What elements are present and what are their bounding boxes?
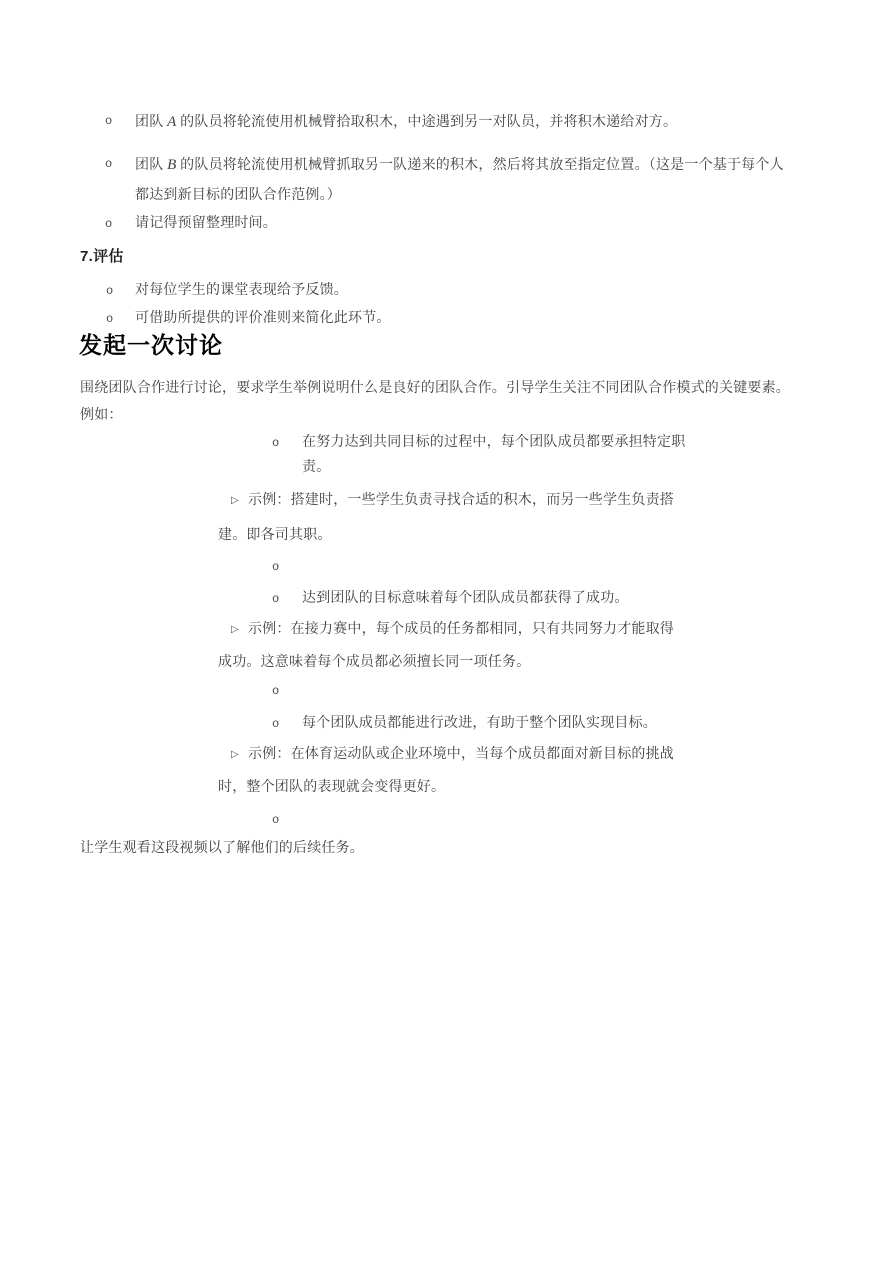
discussion-point-improve: 每个团队成员都能进行改进，有助于整个团队实现目标。 <box>302 715 657 734</box>
discussion-point-success: 达到团队的目标意味着每个团队成员都获得了成功。 <box>302 590 629 609</box>
section-heading-discussion: 发起一次讨论 <box>79 327 223 360</box>
discussion-point-roles-wrap: 责。 <box>302 459 330 478</box>
triangle-bullet-icon: ▷ <box>231 495 239 507</box>
document-page: o 团队 A 的队员将轮流使用机械臂拾取积木，中途遇到另一对队员，并将积木递给对… <box>0 0 892 1263</box>
triangle-bullet-icon: ▷ <box>231 749 239 761</box>
bullet-marker: o <box>272 592 279 606</box>
step-bullet-team-a: 团队 A 的队员将轮流使用机械臂拾取积木，中途遇到另一对队员，并将积木递给对方。 <box>135 112 677 133</box>
discussion-point-roles: 在努力达到共同目标的过程中，每个团队成员都要承担特定职 <box>302 434 685 453</box>
bullet-marker: o <box>106 284 113 298</box>
section-heading-evaluate: 7.评估 <box>80 245 124 266</box>
bullet-text: 团队 <box>135 158 167 173</box>
discussion-intro-line2: 例如： <box>80 407 123 426</box>
bullet-text: 的队员将轮流使用机械臂拾取积木，中途遇到另一对队员，并将积木递给对方。 <box>176 115 677 130</box>
bullet-marker-empty: o <box>272 560 279 574</box>
bullet-text: 团队 <box>135 115 167 130</box>
discussion-example-sports: 示例：在体育运动队或企业环境中，当每个成员都面对新目标的挑战 <box>248 746 674 765</box>
bullet-marker: o <box>105 157 112 171</box>
discussion-example-build: 示例：搭建时，一些学生负责寻找合适的积木，而另一些学生负责搭 <box>248 492 674 511</box>
triangle-bullet-icon: ▷ <box>231 624 239 636</box>
bullet-marker: o <box>106 312 113 326</box>
discussion-intro-line1: 围绕团队合作进行讨论，要求学生举例说明什么是良好的团队合作。引导学生关注不同团队… <box>80 380 790 399</box>
bullet-marker-empty: o <box>272 813 279 827</box>
discussion-example-relay-wrap: 成功。这意味着每个成员都必须擅长同一项任务。 <box>218 654 530 673</box>
eval-bullet-feedback: 对每位学生的课堂表现给予反馈。 <box>135 282 348 301</box>
bullet-marker: o <box>272 717 279 731</box>
closing-video-line: 让学生观看这段视频以了解他们的后续任务。 <box>80 840 364 859</box>
bullet-text: 的队员将轮流使用机械臂抓取另一队递来的积木，然后将其放至指定位置。（这是一个基于… <box>176 158 783 173</box>
discussion-example-relay: 示例：在接力赛中，每个成员的任务都相同，只有共同努力才能取得 <box>248 621 674 640</box>
step-bullet-cleanup: 请记得预留整理时间。 <box>135 215 277 234</box>
discussion-example-build-wrap: 建。即各司其职。 <box>218 527 332 546</box>
bullet-marker: o <box>272 436 279 450</box>
bullet-marker: o <box>105 114 112 128</box>
discussion-example-sports-wrap: 时，整个团队的表现就会变得更好。 <box>218 779 445 798</box>
step-bullet-team-b: 团队 B 的队员将轮流使用机械臂抓取另一队递来的积木，然后将其放至指定位置。（这… <box>135 155 784 176</box>
bullet-marker: o <box>105 217 112 231</box>
step-bullet-team-b-wrap: 都达到新目标的团队合作范例。） <box>135 187 341 206</box>
bullet-marker-empty: o <box>272 684 279 698</box>
